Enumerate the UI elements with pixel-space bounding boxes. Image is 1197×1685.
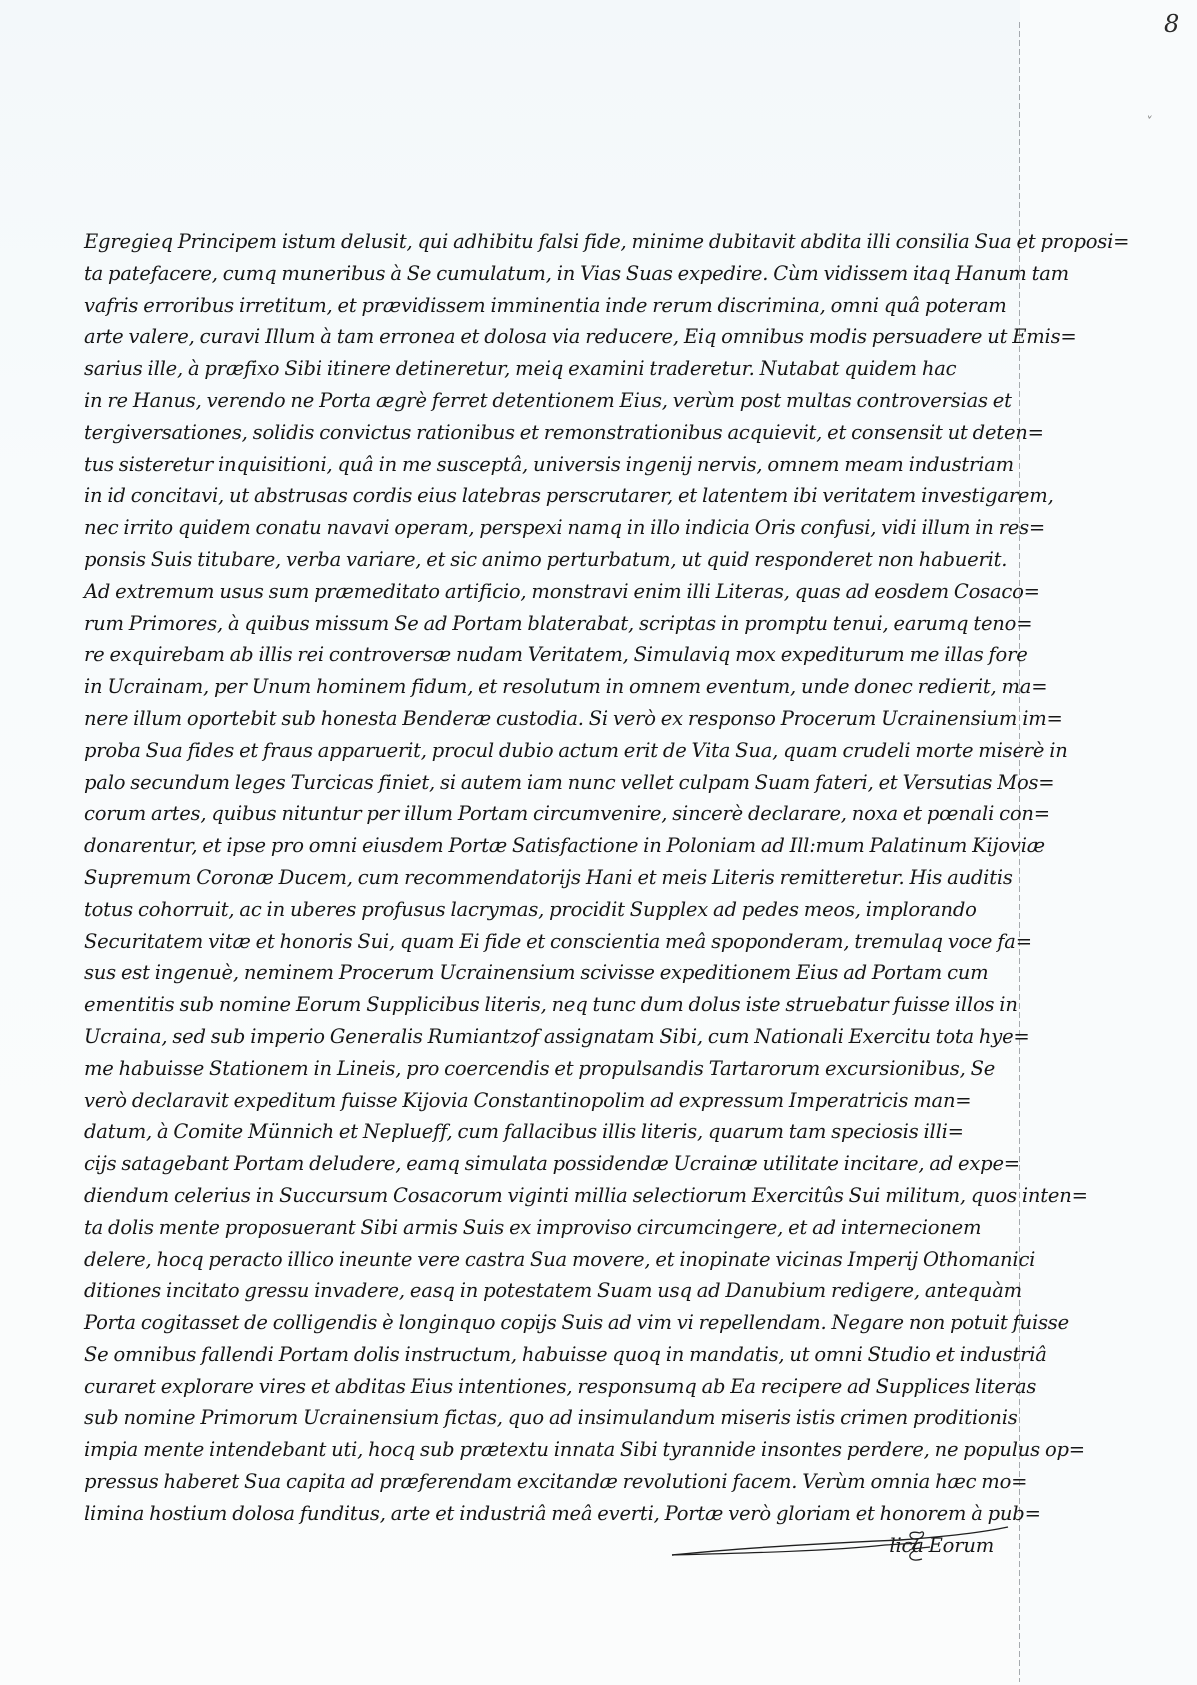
text-line: corum artes, quibus nituntur per illum P… (84, 798, 1014, 830)
text-line: ponsis Suis titubare, verba variare, et … (84, 544, 1014, 576)
text-line: pressus haberet Sua capita ad præferenda… (84, 1466, 1014, 1498)
text-line: sub nomine Primorum Ucrainensium fictas,… (84, 1402, 1014, 1434)
text-line: sarius ille, à præfixo Sibi itinere deti… (84, 353, 1014, 385)
text-line: tergiversationes, solidis convictus rati… (84, 417, 1014, 449)
folio-number: 8 (1164, 10, 1179, 38)
text-line: tus sisteretur inquisitioni, quâ in me s… (84, 449, 1014, 481)
text-line: in re Hanus, verendo ne Porta ægrè ferre… (84, 385, 1014, 417)
text-line: diendum celerius in Succursum Cosacorum … (84, 1180, 1014, 1212)
text-line: delere, hocq peracto illico ineunte vere… (84, 1244, 1014, 1276)
text-line: nec irrito quidem conatu navavi operam, … (84, 512, 1014, 544)
text-line: donarentur, et ipse pro omni eiusdem Por… (84, 830, 1014, 862)
text-line: Se omnibus fallendi Portam dolis instruc… (84, 1339, 1014, 1371)
margin-mark: ˬ (1147, 104, 1153, 118)
text-line: arte valere, curavi Illum à tam erronea … (84, 321, 1014, 353)
text-line: Egregieq Principem istum delusit, qui ad… (84, 226, 1014, 258)
text-line: rum Primores, à quibus missum Se ad Port… (84, 608, 1014, 640)
text-line: nere illum oportebit sub honesta Benderæ… (84, 703, 1014, 735)
text-line: re exquirebam ab illis rei controversæ n… (84, 639, 1014, 671)
text-line: me habuisse Stationem in Lineis, pro coe… (84, 1053, 1014, 1085)
manuscript-page: 8 ˬ Egregieq Principem istum delusit, qu… (0, 0, 1197, 1685)
pen-flourish-icon (670, 1525, 1010, 1585)
text-line: sus est ingenuè, neminem Procerum Ucrain… (84, 957, 1014, 989)
text-line: ementitis sub nomine Eorum Supplicibus l… (84, 989, 1014, 1021)
text-line: totus cohorruit, ac in uberes profusus l… (84, 894, 1014, 926)
text-line: verò declaravit expeditum fuisse Kijovia… (84, 1085, 1014, 1117)
text-line: Porta cogitasset de colligendis è longin… (84, 1307, 1014, 1339)
text-line: ta patefacere, cumq muneribus à Se cumul… (84, 258, 1014, 290)
manuscript-text-body: Egregieq Principem istum delusit, qui ad… (84, 226, 1014, 1561)
text-line: Ucraina, sed sub imperio Generalis Rumia… (84, 1021, 1014, 1053)
text-line: impia mente intendebant uti, hocq sub pr… (84, 1434, 1014, 1466)
text-line: vafris erroribus irretitum, et prævidiss… (84, 290, 1014, 322)
text-line: Ad extremum usus sum præmeditato artific… (84, 576, 1014, 608)
text-line: proba Sua fides et fraus apparuerit, pro… (84, 735, 1014, 767)
text-line: Supremum Coronæ Ducem, cum recommendator… (84, 862, 1014, 894)
text-line: palo secundum leges Turcicas finiet, si … (84, 767, 1014, 799)
text-line: Securitatem vitæ et honoris Sui, quam Ei… (84, 926, 1014, 958)
text-line: ditiones incitato gressu invadere, easq … (84, 1275, 1014, 1307)
text-line: in id concitavi, ut abstrusas cordis eiu… (84, 480, 1014, 512)
text-line: datum, à Comite Münnich et Neplueff, cum… (84, 1116, 1014, 1148)
text-line: curaret explorare vires et abditas Eius … (84, 1371, 1014, 1403)
text-line: cijs satagebant Portam deludere, eamq si… (84, 1148, 1014, 1180)
text-line: in Ucrainam, per Unum hominem fidum, et … (84, 671, 1014, 703)
text-line: ta dolis mente proposuerant Sibi armis S… (84, 1212, 1014, 1244)
